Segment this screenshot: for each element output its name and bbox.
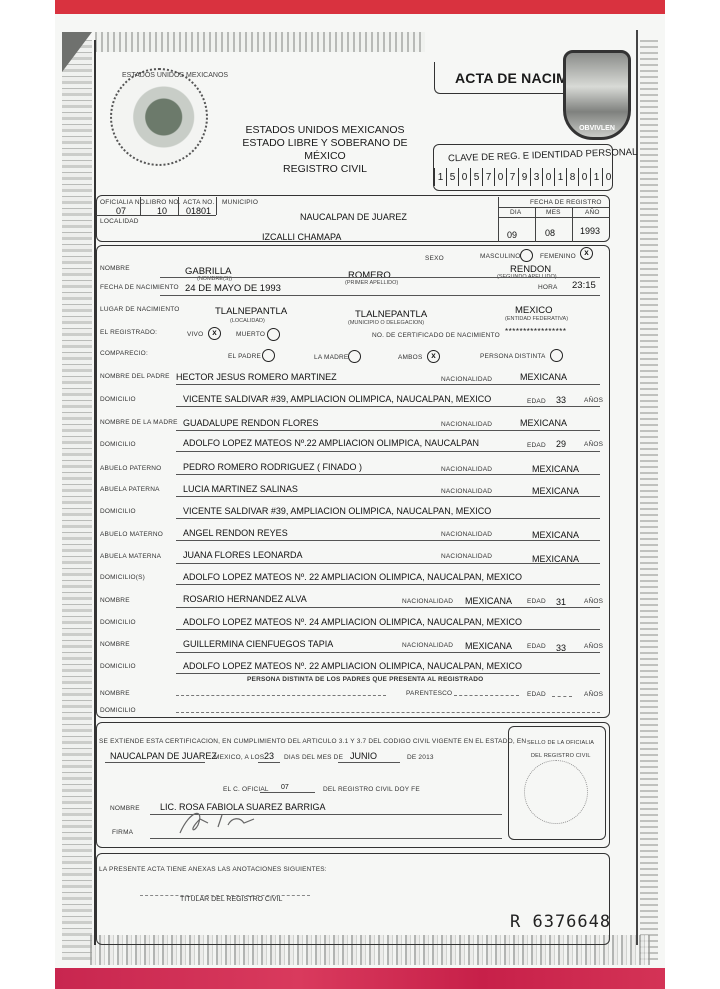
clave-digit: 8 xyxy=(566,168,578,186)
muerto-radio xyxy=(267,328,280,341)
certificacion-dia: 23 xyxy=(264,751,274,761)
madre-label: LA MADRE xyxy=(314,354,348,361)
abuela-materna-nacionalidad-label: NACIONALIDAD xyxy=(441,553,492,560)
shield-motto: OBVIVLEN xyxy=(567,125,627,132)
vivo-radio: x xyxy=(208,327,221,340)
clave-digit: 7 xyxy=(482,168,494,186)
persona-distinta-edad-label: EDAD xyxy=(527,691,546,698)
femenino-label: FEMENINO xyxy=(540,253,576,260)
persona-distinta-anios-label: AÑOS xyxy=(584,691,603,698)
localidad-label: LOCALIDAD xyxy=(100,218,139,225)
testigo-1-nombre-value: ROSARIO HERNANDEZ ALVA xyxy=(183,594,307,604)
clave-digits: 150570793018010 xyxy=(434,168,614,186)
clave-digit: 3 xyxy=(530,168,542,186)
abuelos-paternos-domicilio-label: DOMICILIO xyxy=(100,508,136,515)
clave-digit: 5 xyxy=(446,168,458,186)
titular-label: TITULAR DEL REGISTRO CIVIL xyxy=(180,896,282,903)
decorative-border-top xyxy=(95,32,425,52)
testigo-2-nacionalidad-value: MEXICANA xyxy=(465,641,512,651)
testigo-2-anios-label: AÑOS xyxy=(584,643,603,650)
padre-nombre-value: HECTOR JESUS ROMERO MARTINEZ xyxy=(176,372,337,382)
anio-value: 1993 xyxy=(580,226,600,236)
national-seal-icon xyxy=(110,68,208,166)
clave-digit: 1 xyxy=(554,168,566,186)
ambos-label: AMBOS xyxy=(398,354,422,361)
masculino-label: MASCULINO xyxy=(480,253,520,260)
abuela-paterna-label: ABUELA PATERNA xyxy=(100,486,160,493)
anio-label: AÑO xyxy=(585,209,600,216)
abuelo-materno-nacionalidad-value: MEXICANA xyxy=(532,530,579,540)
testigo-2-domicilio-label: DOMICILIO xyxy=(100,663,136,670)
testigo-1-nombre-label: NOMBRE xyxy=(100,597,130,604)
estado-registrado-label: EL REGISTRADO: xyxy=(100,329,157,336)
testigo-2-nombre-value: GUILLERMINA CIENFUEGOS TAPIA xyxy=(183,639,333,649)
padre-radio xyxy=(262,349,275,362)
lugar-entidad-value: MEXICO xyxy=(515,305,552,316)
testigo-2-nacionalidad-label: NACIONALIDAD xyxy=(402,642,453,649)
localidad-value: IZCALLI CHAMAPA xyxy=(262,232,341,242)
decorative-border-right xyxy=(640,40,658,960)
abuela-paterna-nacionalidad-value: MEXICANA xyxy=(532,486,579,496)
abuelo-materno-value: ANGEL RENDON REYES xyxy=(183,528,288,538)
seal-text: ESTADOS UNIDOS MEXICANOS xyxy=(122,72,228,79)
doy-fe-label: DEL REGISTRO CIVIL DOY FE xyxy=(323,786,420,793)
femenino-radio: x xyxy=(580,247,593,260)
lugar-municipio-value: TLALNEPANTLA xyxy=(355,309,427,320)
municipio-value: NAUCALPAN DE JUAREZ xyxy=(300,212,407,222)
certificado-label: No. DE CERTIFICADO DE NACIMIENTO xyxy=(372,332,500,339)
madre-domicilio-label: DOMICILIO xyxy=(100,441,136,448)
testigo-1-edad-value: 31 xyxy=(556,597,566,607)
testigo-1-anios-label: AÑOS xyxy=(584,598,603,605)
abuela-paterna-nacionalidad-label: NACIONALIDAD xyxy=(441,488,492,495)
clave-digit: 1 xyxy=(590,168,602,186)
clave-digit: 0 xyxy=(458,168,470,186)
persona-distinta-label: PERSONA DISTINTA xyxy=(480,353,546,360)
libro-label: LIBRO No. xyxy=(146,199,181,206)
padre-label: EL PADRE xyxy=(228,353,261,360)
header-line-2: ESTADO LIBRE Y SOBERANO DE MÉXICO xyxy=(230,137,420,163)
sexo-label: SEXO xyxy=(425,255,444,262)
nombre-label: NOMBRE xyxy=(100,265,130,272)
testigo-2-nombre-label: NOMBRE xyxy=(100,641,130,648)
madre-radio xyxy=(348,350,361,363)
comparecio-label: COMPARECIO: xyxy=(100,350,148,357)
certificacion-text: SE EXTIENDE ESTA CERTIFICACION, EN CUMPL… xyxy=(99,738,526,745)
persona-distinta-radio xyxy=(550,349,563,362)
firma-label: FIRMA xyxy=(112,829,133,836)
padre-domicilio-label: DOMICILIO xyxy=(100,396,136,403)
madre-edad-value: 29 xyxy=(556,439,566,449)
clave-digit: 7 xyxy=(506,168,518,186)
decorative-border-left xyxy=(62,40,92,960)
abuelos-maternos-domicilio-value: ADOLFO LOPEZ MATEOS Nº. 22 AMPLIACION OL… xyxy=(183,572,522,582)
persona-distinta-nombre-label: NOMBRE xyxy=(100,690,130,697)
certificacion-lugar: NAUCALPAN DE JUAREZ xyxy=(110,751,217,761)
anotaciones-text: LA PRESENTE ACTA TIENE ANEXAS LAS ANOTAC… xyxy=(99,866,327,873)
mes-value: 08 xyxy=(545,228,555,238)
hora-label: HORA xyxy=(538,284,558,291)
hora-value: 23:15 xyxy=(572,280,596,291)
clave-digit: 0 xyxy=(578,168,590,186)
masculino-radio xyxy=(520,249,533,262)
padre-edad-value: 33 xyxy=(556,395,566,405)
oficialia-value: 07 xyxy=(116,206,126,216)
acta-label: ACTA No. xyxy=(183,199,214,206)
header-line-3: REGISTRO CIVIL xyxy=(230,163,420,176)
lugar-localidad-sub: (LOCALIDAD) xyxy=(230,318,265,324)
madre-nacionalidad-value: MEXICANA xyxy=(520,418,567,428)
testigo-1-domicilio-value: ADOLFO LOPEZ MATEOS Nº. 24 AMPLIACION OL… xyxy=(183,617,522,627)
madre-domicilio-value: ADOLFO LOPEZ MATEOS Nº.22 AMPLIACION OLI… xyxy=(183,438,479,448)
clave-digit: 0 xyxy=(602,168,614,186)
certificacion-mes: JUNIO xyxy=(350,751,377,761)
testigo-1-domicilio-label: DOMICILIO xyxy=(100,619,136,626)
dia-label: DIA xyxy=(510,209,521,216)
abuelo-paterno-value: PEDRO ROMERO RODRIGUEZ ( FINADO ) xyxy=(183,462,362,472)
madre-nombre-value: GUADALUPE RENDON FLORES xyxy=(183,418,319,428)
mes-label: MES xyxy=(546,209,561,216)
oficialia-label: OFICIALIA No. xyxy=(100,199,147,206)
madre-nacionalidad-label: NACIONALIDAD xyxy=(441,421,492,428)
padre-nacionalidad-value: MEXICANA xyxy=(520,372,567,382)
persona-distinta-domicilio-label: DOMICILIO xyxy=(100,707,136,714)
oficial-value: 07 xyxy=(281,784,289,791)
certificado-value: ***************** xyxy=(505,327,566,336)
red-fabric-bottom xyxy=(55,968,665,989)
testigo-1-nacionalidad-label: NACIONALIDAD xyxy=(402,598,453,605)
testigo-2-edad-label: EDAD xyxy=(527,643,546,650)
padre-edad-label: EDAD xyxy=(527,398,546,405)
padre-nacionalidad-label: NACIONALIDAD xyxy=(441,376,492,383)
clave-digit: 0 xyxy=(494,168,506,186)
testigo-1-nacionalidad-value: MEXICANA xyxy=(465,596,512,606)
oficial-nombre-label: NOMBRE xyxy=(110,805,140,812)
lugar-municipio-sub: (MUNICIPIO O DELEGACION) xyxy=(348,320,424,326)
municipio-label: MUNICIPIO xyxy=(222,199,258,206)
header-text: ESTADOS UNIDOS MEXICANOS ESTADO LIBRE Y … xyxy=(230,124,420,176)
sello-label-2: DEL REGISTRO CIVIL xyxy=(531,753,591,759)
official-stamp-icon xyxy=(524,760,588,824)
clave-digit: 9 xyxy=(518,168,530,186)
abuelo-paterno-label: ABUELO PATERNO xyxy=(100,465,161,472)
padre-nombre-label: NOMBRE DEL PADRE xyxy=(100,373,170,380)
madre-anios-label: AÑOS xyxy=(584,441,603,448)
abuela-materna-value: JUANA FLORES LEONARDA xyxy=(183,550,303,560)
persona-distinta-heading: PERSONA DISTINTA DE LOS PADRES QUE PRESE… xyxy=(247,676,483,683)
dias-mes-label: DIAS DEL MES DE xyxy=(284,754,343,761)
sello-label-1: SELLO DE LA OFICIALIA xyxy=(527,740,594,746)
abuelo-paterno-nacionalidad-label: NACIONALIDAD xyxy=(441,466,492,473)
libro-value: 10 xyxy=(157,206,167,216)
fecha-nacimiento-value: 24 DE MAYO DE 1993 xyxy=(185,283,281,294)
lugar-nacimiento-label: LUGAR DE NACIMIENTO xyxy=(100,306,180,313)
padre-domicilio-value: VICENTE SALDIVAR #39, AMPLIACION OLIMPIC… xyxy=(183,394,491,404)
madre-edad-label: EDAD xyxy=(527,442,546,449)
a-los-label: MEXICO, A LOS xyxy=(214,754,264,761)
dia-value: 09 xyxy=(507,230,517,240)
lugar-localidad-value: TLALNEPANTLA xyxy=(215,306,287,317)
testigo-2-domicilio-value: ADOLFO LOPEZ MATEOS Nº. 22 AMPLIACION OL… xyxy=(183,661,522,671)
de-anio-label: DE 2013 xyxy=(407,754,434,761)
fecha-registro-label: FECHA DE REGISTRO xyxy=(530,199,602,206)
padre-anios-label: AÑOS xyxy=(584,397,603,404)
abuelos-maternos-domicilio-label: DOMICILIO(S) xyxy=(100,574,145,581)
fecha-nacimiento-label: FECHA DE NACIMIENTO xyxy=(100,284,179,291)
clave-digit: 0 xyxy=(542,168,554,186)
header-line-1: ESTADOS UNIDOS MEXICANOS xyxy=(230,124,420,137)
acta-value: 01801 xyxy=(186,206,211,216)
madre-nombre-label: NOMBRE DE LA MADRE xyxy=(100,419,178,426)
vivo-label: VIVO xyxy=(187,331,203,338)
primer-apellido-sub: (PRIMER APELLIDO) xyxy=(345,280,398,286)
lugar-entidad-sub: (ENTIDAD FEDERATIVA) xyxy=(505,316,568,322)
serial-number: R 6376648 xyxy=(510,912,611,932)
abuelo-materno-label: ABUELO MATERNO xyxy=(100,531,163,538)
abuelos-paternos-domicilio-value: VICENTE SALDIVAR #39, AMPLIACION OLIMPIC… xyxy=(183,506,491,516)
testigo-1-edad-label: EDAD xyxy=(527,598,546,605)
frame-line-right xyxy=(636,30,638,945)
abuelo-materno-nacionalidad-label: NACIONALIDAD xyxy=(441,531,492,538)
abuela-materna-label: ABUELA MATERNA xyxy=(100,553,161,560)
clave-digit: 5 xyxy=(470,168,482,186)
ambos-radio: x xyxy=(427,350,440,363)
signature-icon xyxy=(170,805,280,835)
clave-digit: 1 xyxy=(434,168,446,186)
abuelo-paterno-nacionalidad-value: MEXICANA xyxy=(532,464,579,474)
parentesco-label: PARENTESCO xyxy=(406,690,452,697)
abuela-paterna-value: LUCIA MARTINEZ SALINAS xyxy=(183,484,298,494)
muerto-label: MUERTO xyxy=(236,331,265,338)
